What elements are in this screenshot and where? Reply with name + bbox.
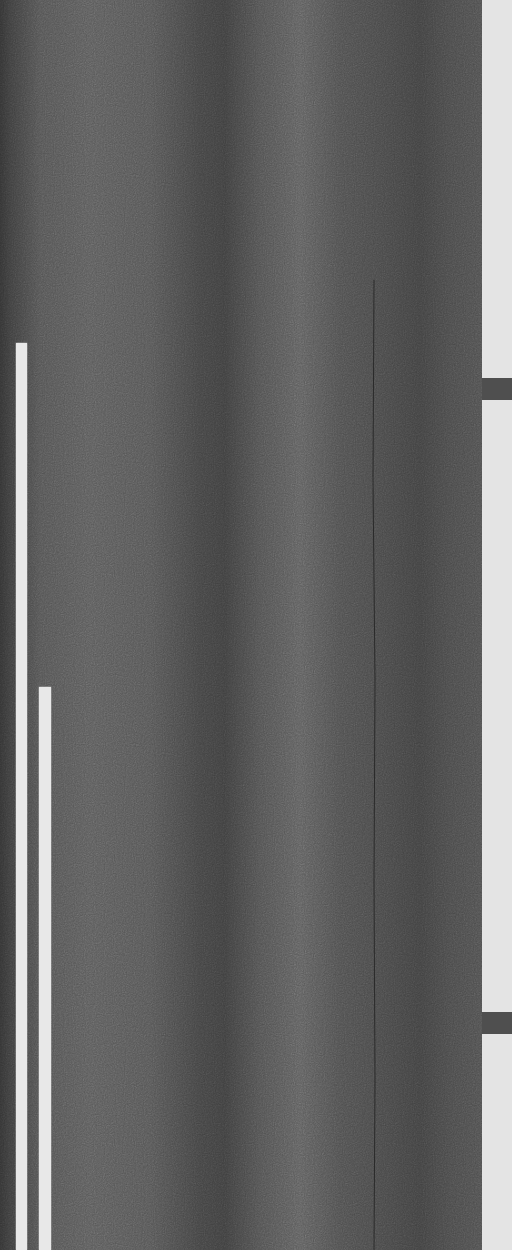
driveway-gap bbox=[482, 378, 512, 400]
asphalt-texture bbox=[0, 0, 512, 1250]
pavement-crack bbox=[372, 280, 376, 1250]
road-aerial-image bbox=[0, 0, 512, 1250]
curb-edge bbox=[482, 0, 512, 1250]
lane-line-left-inner bbox=[39, 687, 51, 1250]
lane-line-left-outer bbox=[16, 343, 27, 1250]
driveway-gap bbox=[482, 1012, 512, 1034]
